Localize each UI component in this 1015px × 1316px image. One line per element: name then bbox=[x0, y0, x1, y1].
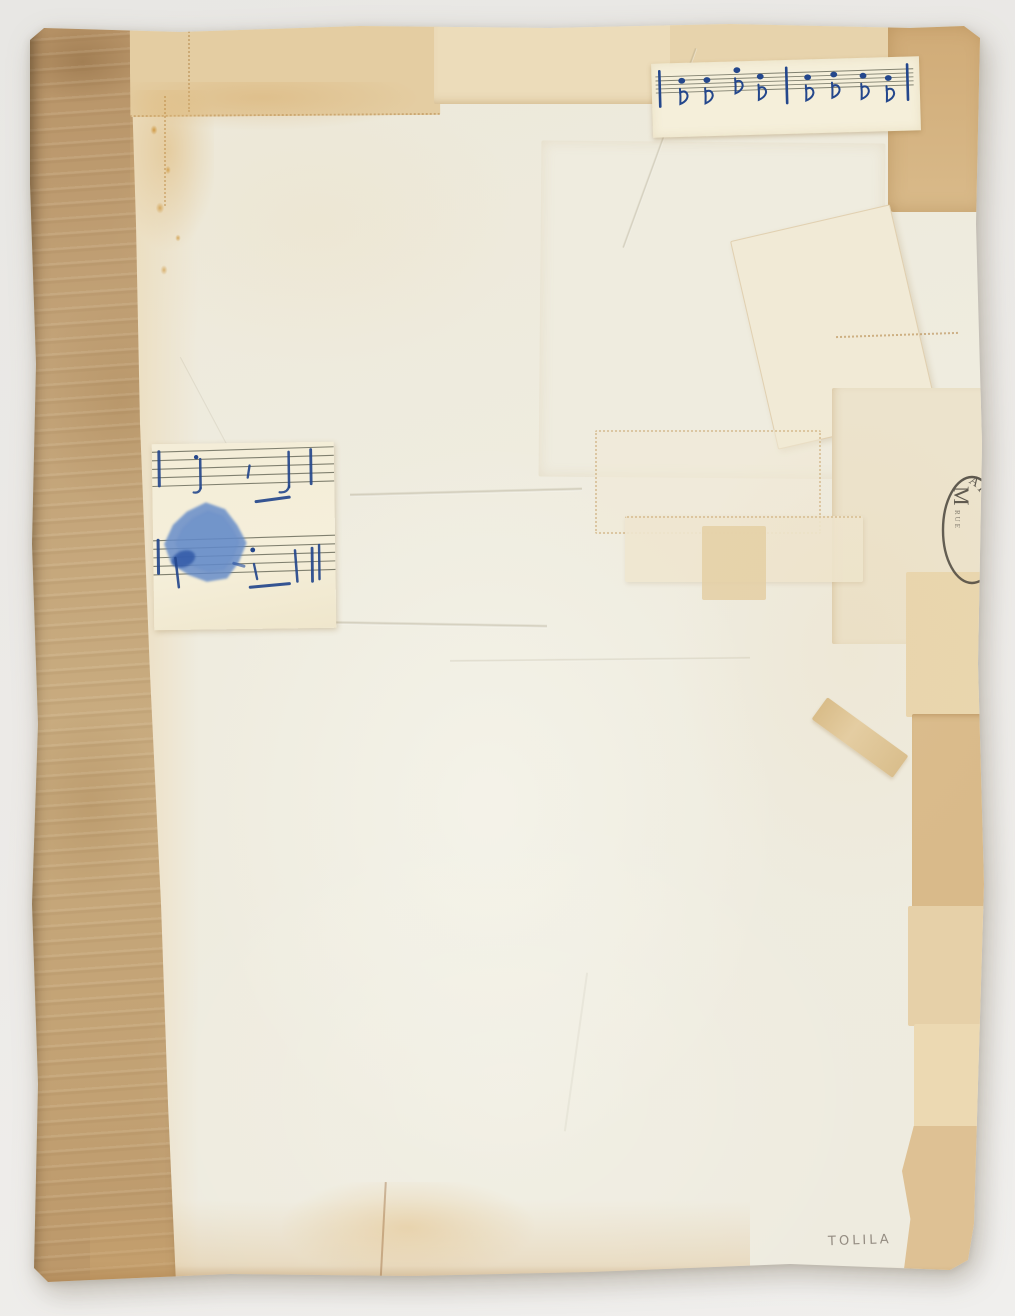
crease-line bbox=[450, 656, 750, 662]
perforation-line bbox=[164, 96, 166, 206]
artwork: ATELIER GÉ M RUE TOLILA bbox=[30, 24, 986, 1284]
music-fragment-notation bbox=[152, 442, 337, 631]
glue-drip-spots bbox=[134, 110, 214, 300]
wall-background: ATELIER GÉ M RUE TOLILA bbox=[0, 0, 1015, 1316]
paper-patch bbox=[702, 526, 766, 600]
music-strip-notation bbox=[651, 56, 921, 137]
crease-line bbox=[564, 973, 588, 1132]
tape-patch-right-edge bbox=[908, 906, 986, 1026]
crease-line bbox=[350, 487, 582, 497]
tape-patch-right-edge bbox=[914, 1024, 988, 1129]
artwork-board: ATELIER GÉ M RUE TOLILA bbox=[30, 24, 986, 1284]
stamp-monogram: M bbox=[949, 486, 974, 506]
worn-bottom-edge bbox=[30, 1266, 986, 1284]
tape-patch-bottom-corner bbox=[902, 1126, 986, 1276]
atelier-stamp: ATELIER GÉ M RUE bbox=[937, 470, 1007, 590]
music-fragment bbox=[152, 442, 337, 631]
tape-patch-diagonal bbox=[812, 697, 909, 778]
stamp-small-text: RUE bbox=[953, 510, 961, 530]
tape-patch-right-edge bbox=[912, 714, 986, 909]
tape-patch-top-center bbox=[434, 24, 680, 104]
music-strip bbox=[651, 56, 921, 137]
tape-patch-right-edge bbox=[906, 572, 986, 717]
